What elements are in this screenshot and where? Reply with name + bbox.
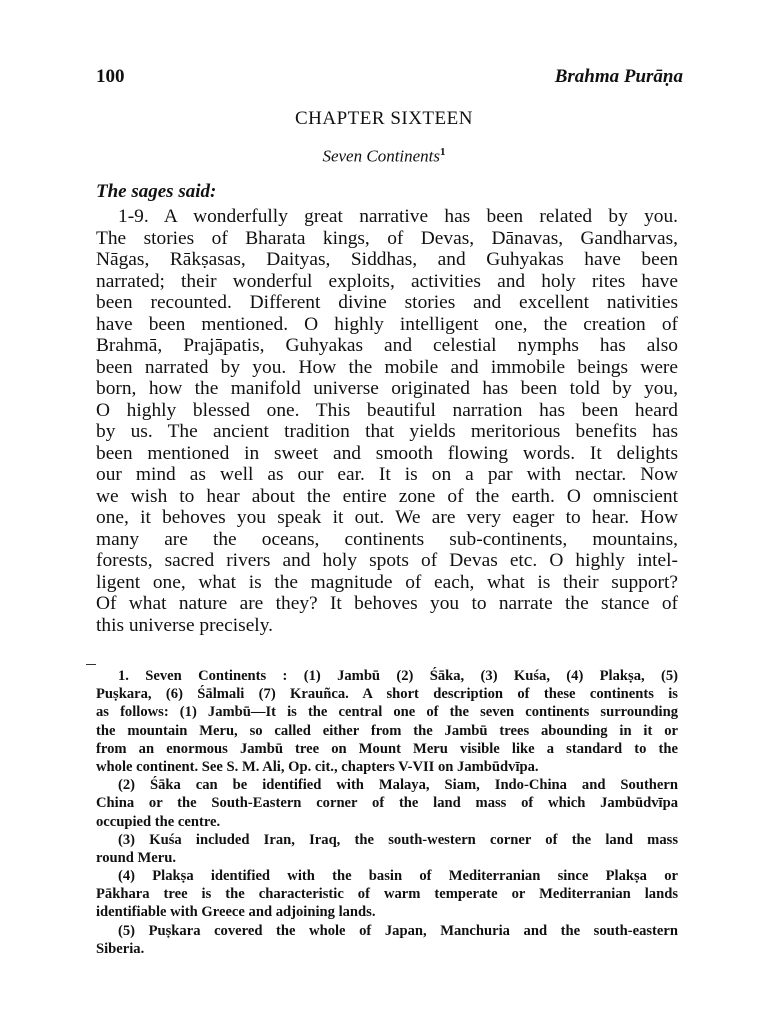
footnote-line: the mountain Meru, so called either from… bbox=[96, 722, 678, 740]
text-line: forests, sacred rivers and holy spots of… bbox=[96, 550, 678, 572]
footnote-line: from an enormous Jambū tree on Mount Mer… bbox=[96, 740, 678, 758]
footnote-line: Siberia. bbox=[96, 940, 678, 958]
text-line: been recounted. Different divine stories… bbox=[96, 292, 678, 314]
text-line: been narrated by you. How the mobile and… bbox=[96, 357, 678, 379]
text-line: we wish to hear about the entire zone of… bbox=[96, 486, 678, 508]
running-head: Brahma Purāṇa bbox=[555, 66, 683, 88]
text-line: O highly blessed one. This beautiful nar… bbox=[96, 400, 678, 422]
footnote-line: (3) Kuśa included Iran, Iraq, the south-… bbox=[96, 831, 678, 849]
text-line: have been mentioned. O highly intelligen… bbox=[96, 314, 678, 336]
main-text: 1-9. A wonderfully great narrative has b… bbox=[96, 206, 678, 636]
footnote-line: China or the South-Eastern corner of the… bbox=[96, 794, 678, 812]
speaker-label: The sages said: bbox=[96, 181, 216, 203]
footnote-line: whole continent. See S. M. Ali, Op. cit.… bbox=[96, 758, 678, 776]
text-line: narrated; their wonderful exploits, acti… bbox=[96, 271, 678, 293]
text-line: this universe precisely. bbox=[96, 615, 678, 637]
footnote-line: as follows: (1) Jambū—It is the central … bbox=[96, 703, 678, 721]
footnotes: 1. Seven Continents : (1) Jambū (2) Śāka… bbox=[96, 667, 678, 958]
footnote-line: (2) Śāka can be identified with Malaya, … bbox=[96, 776, 678, 794]
text-line: Brahmā, Prajāpatis, Guhyakas and celesti… bbox=[96, 335, 678, 357]
footnote-marker: 1 bbox=[440, 146, 446, 158]
text-line: ligent one, what is the magnitude of eac… bbox=[96, 572, 678, 594]
footnote-line: Pākhara tree is the characteristic of wa… bbox=[96, 885, 678, 903]
text-line: Nāgas, Rākṣasas, Daityas, Siddhas, and G… bbox=[96, 249, 678, 271]
footnote-line: Puṣkara, (6) Śālmali (7) Krauñca. A shor… bbox=[96, 685, 678, 703]
footnote-line: identifiable with Greece and adjoining l… bbox=[96, 903, 678, 921]
subtitle-text: Seven Continents bbox=[322, 147, 440, 166]
text-line: by us. The ancient tradition that yields… bbox=[96, 421, 678, 443]
page-number: 100 bbox=[96, 66, 125, 88]
chapter-subtitle: Seven Continents1 bbox=[0, 146, 768, 167]
footnote-rule bbox=[86, 664, 96, 665]
text-line: many are the oceans, continents sub-cont… bbox=[96, 529, 678, 551]
footnote-line: (4) Plakṣa identified with the basin of … bbox=[96, 867, 678, 885]
chapter-title: CHAPTER SIXTEEN bbox=[0, 108, 768, 130]
text-line: The stories of Bharata kings, of Devas, … bbox=[96, 228, 678, 250]
text-line: our mind as well as our ear. It is on a … bbox=[96, 464, 678, 486]
text-line: 1-9. A wonderfully great narrative has b… bbox=[96, 206, 678, 228]
text-line: been mentioned in sweet and smooth flowi… bbox=[96, 443, 678, 465]
footnote-line: round Meru. bbox=[96, 849, 678, 867]
text-line: Of what nature are they? It behoves you … bbox=[96, 593, 678, 615]
footnote-line: (5) Puṣkara covered the whole of Japan, … bbox=[96, 922, 678, 940]
text-line: born, how the manifold universe originat… bbox=[96, 378, 678, 400]
text-line: one, it behoves you speak it out. We are… bbox=[96, 507, 678, 529]
footnote-line: 1. Seven Continents : (1) Jambū (2) Śāka… bbox=[96, 667, 678, 685]
footnote-line: occupied the centre. bbox=[96, 813, 678, 831]
